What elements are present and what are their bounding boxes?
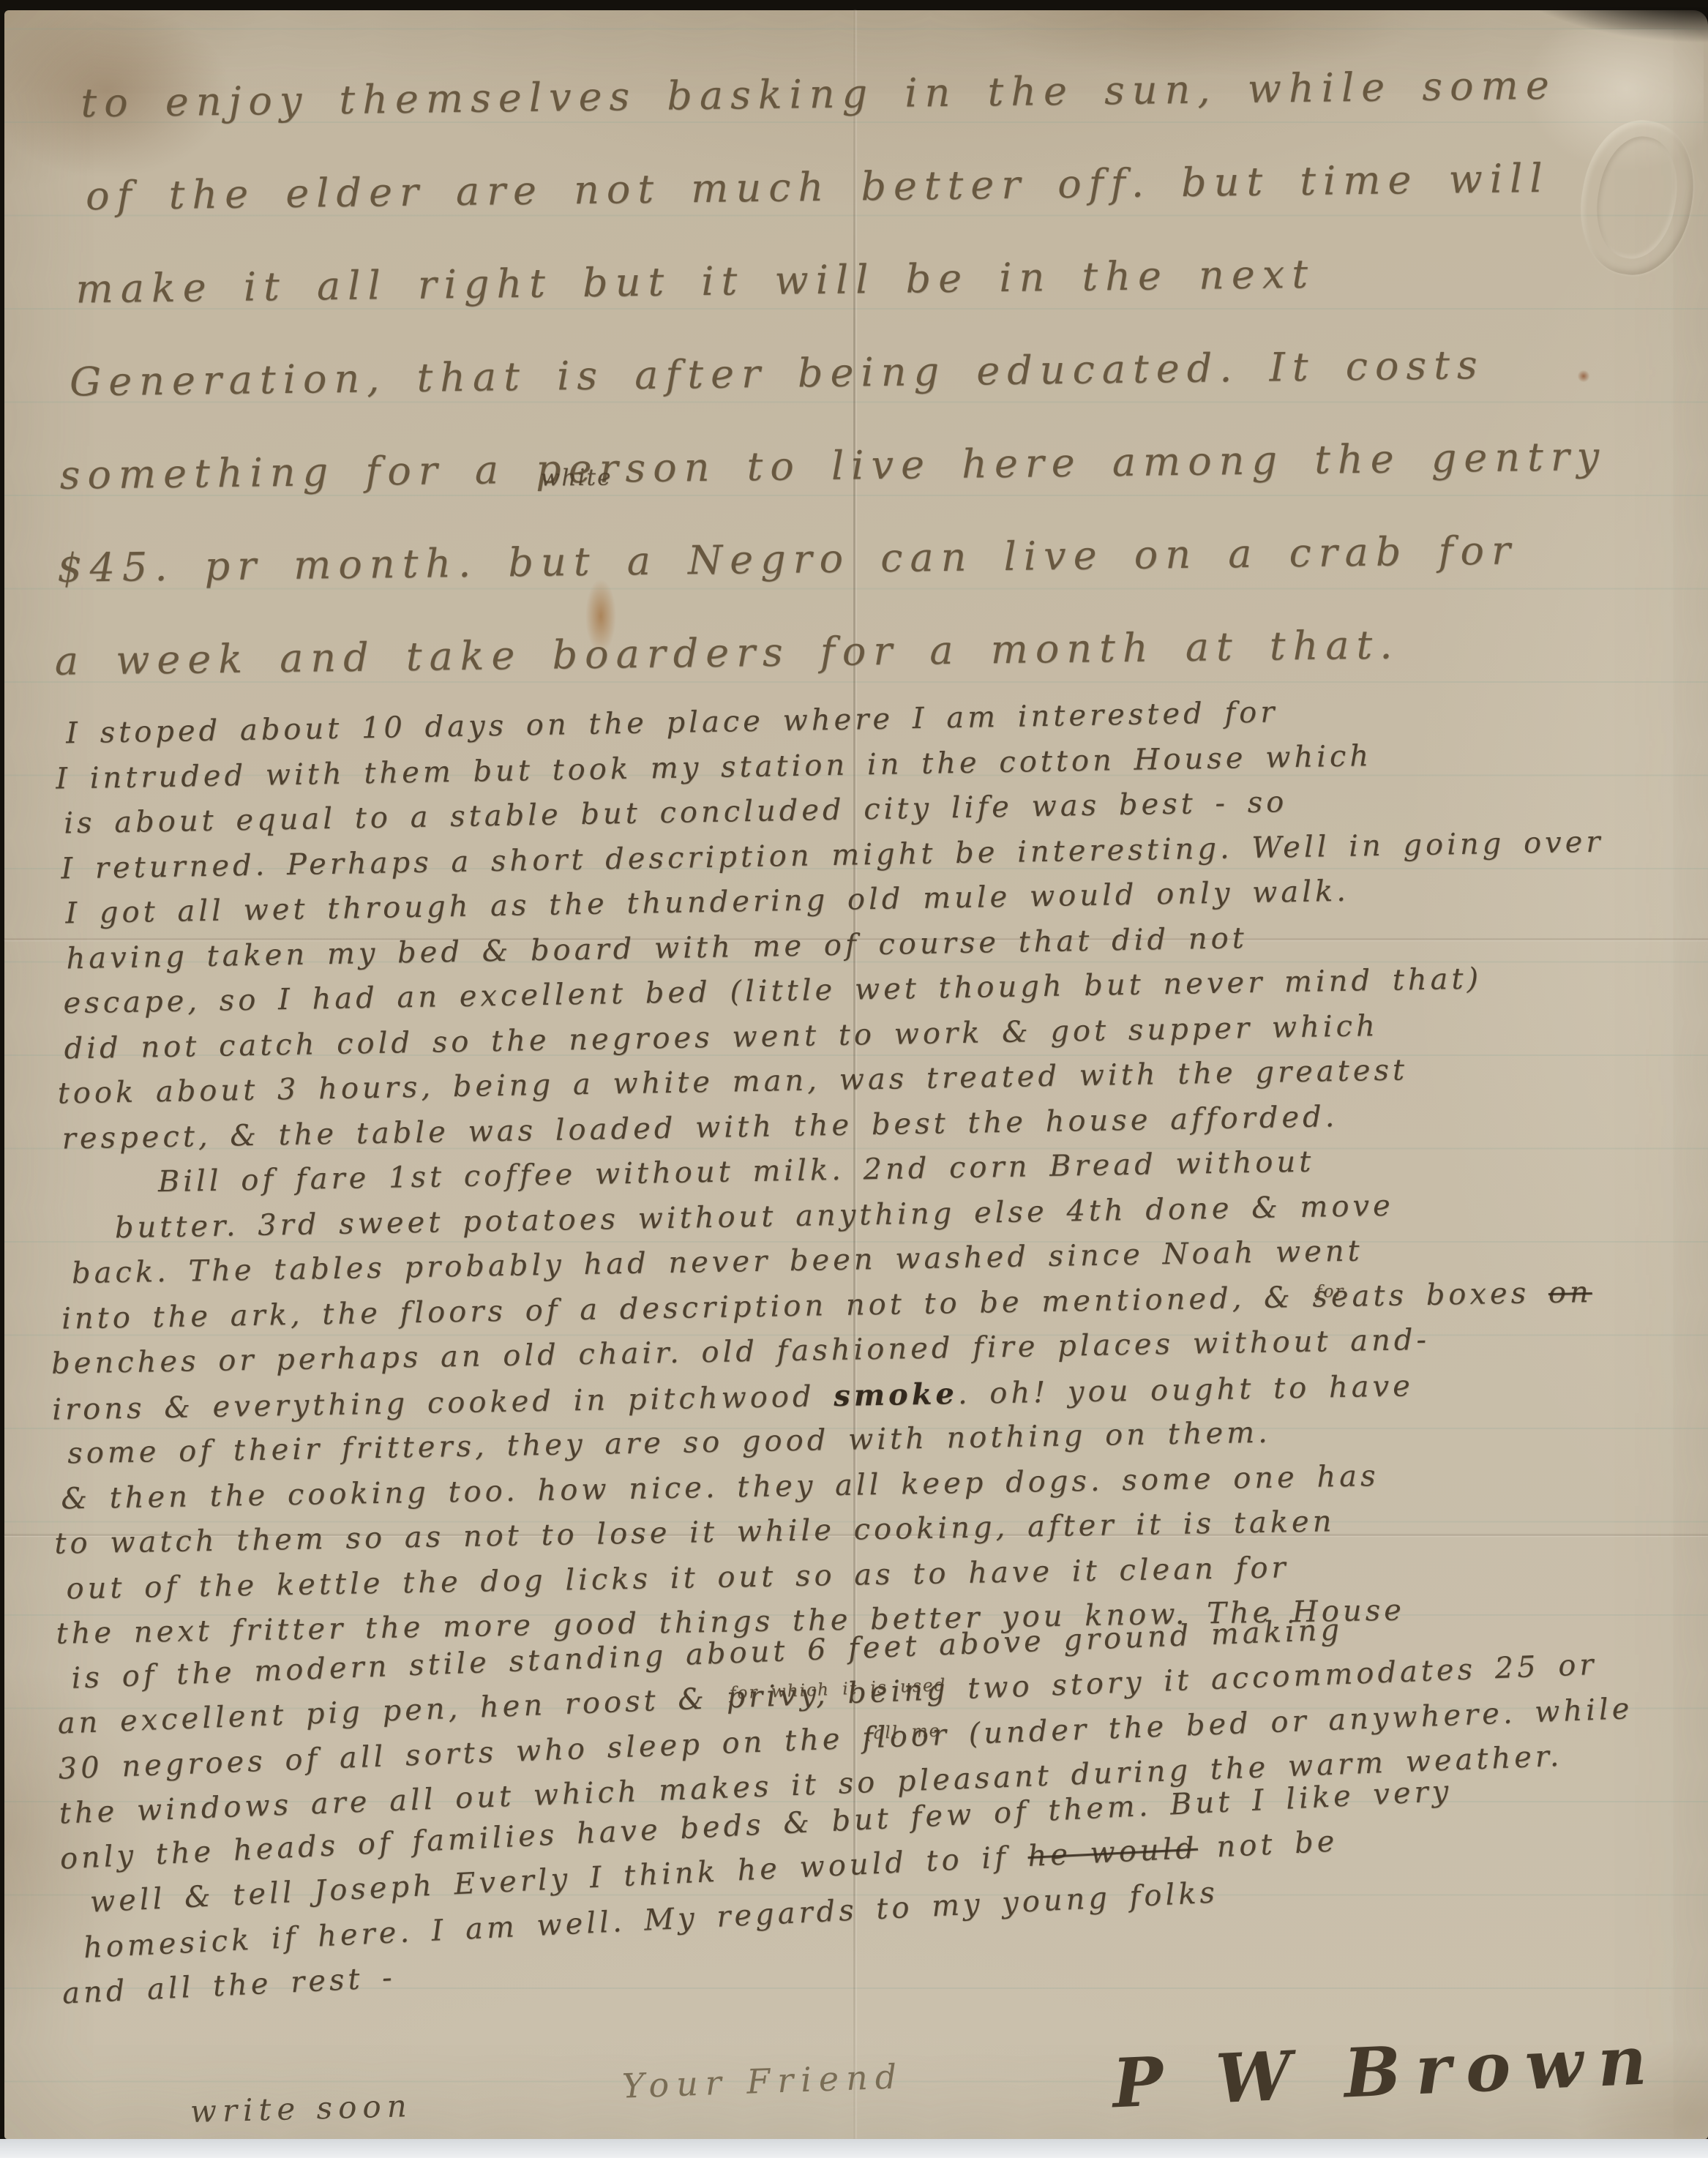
opening-section: to enjoy themselves basking in the sun, … [48, 37, 1708, 708]
struck-text: on [1548, 1275, 1592, 1309]
text-segment: Generation, that is after being educated… [70, 342, 1485, 405]
text-segment: of the elder are not much better off. bu… [86, 155, 1550, 219]
text-segment: . oh! you ought to have [957, 1369, 1414, 1411]
signature: P W Brown [1111, 2020, 1663, 2123]
interlined-insertion: white [540, 431, 613, 525]
word-with-insertion: floor(all me [861, 1717, 951, 1755]
text-segment: boxes [1407, 1276, 1549, 1312]
valediction: Your Friend [621, 2056, 904, 2105]
interlined-insertion: (all me [864, 1708, 941, 1756]
emphasized-word: smoke [834, 1376, 958, 1413]
scanner-edge-strip [0, 2139, 1708, 2158]
body-section: I stoped about 10 days on the place wher… [40, 683, 1708, 2017]
interlined-insertion: for which it is used [729, 1663, 948, 1716]
text-segment: irons & everything cooked in pitchwood [52, 1379, 834, 1427]
word-with-insertion: seatsfor [1312, 1278, 1407, 1314]
write-soon-note: write soon [190, 2088, 413, 2129]
letter-page: to enjoy themselves basking in the sun, … [4, 10, 1708, 2139]
struck-text: he would [1027, 1832, 1199, 1873]
text-segment: to live here among the gentry [716, 433, 1606, 490]
letter-content: to enjoy themselves basking in the sun, … [4, 10, 1708, 2127]
word-with-insertion: personwhite [536, 444, 717, 492]
text-segment: not be [1197, 1824, 1339, 1865]
word-with-insertion: privy,for which it is used [726, 1677, 830, 1715]
closing-section: write soon Your Friend P W Brown [51, 2003, 1708, 2127]
text-segment: make it all right but it will be in the … [75, 251, 1315, 312]
text-segment: $45. pr month. but a Negro can live on a… [57, 527, 1518, 591]
interlined-insertion: for [1315, 1269, 1345, 1314]
text-segment: to enjoy themselves basking in the sun, … [80, 62, 1557, 127]
text-segment: something for a [59, 446, 536, 498]
text-segment: a week and take boarders for a month at … [54, 621, 1399, 683]
